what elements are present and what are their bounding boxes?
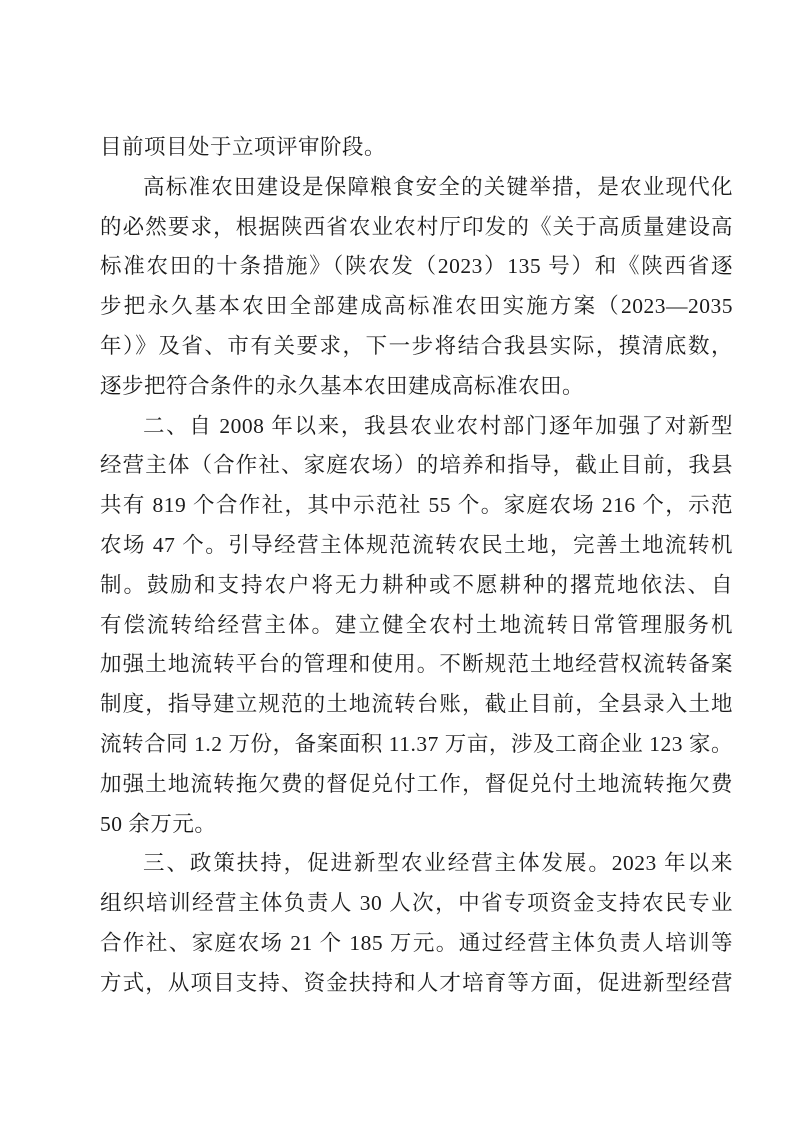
text-line: 年）》及省、市有关要求，下一步将结合我县实际，摸清底数， xyxy=(100,327,733,367)
text-line: 二、自 2008 年以来，我县农业农村部门逐年加强了对新型 xyxy=(100,407,733,447)
text-line: 农场 47 个。引导经营主体规范流转农民土地，完善土地流转机 xyxy=(100,526,733,566)
text-line: 方式，从项目支持、资金扶持和人才培育等方面，促进新型经营 xyxy=(100,964,733,1004)
text-line: 三、政策扶持，促进新型农业经营主体发展。2023 年以来 xyxy=(100,844,733,884)
document-page: 目前项目处于立项评审阶段。 高标准农田建设是保障粮食安全的关键举措，是农业现代化… xyxy=(0,0,793,1122)
document-text-block: 目前项目处于立项评审阶段。 高标准农田建设是保障粮食安全的关键举措，是农业现代化… xyxy=(100,128,733,1004)
text-line: 标准农田的十条措施》（陕农发（2023）135 号）和《陕西省逐 xyxy=(100,247,733,287)
text-line: 的必然要求，根据陕西省农业农村厅印发的《关于高质量建设高 xyxy=(100,208,733,248)
text-line: 制。鼓励和支持农户将无力耕种或不愿耕种的撂荒地依法、自愿、 xyxy=(100,566,733,606)
text-line: 步把永久基本农田全部建成高标准农田实施方案（2023—2035 xyxy=(100,287,733,327)
text-line: 加强土地流转平台的管理和使用。不断规范土地经营权流转备案 xyxy=(100,645,733,685)
text-line: 组织培训经营主体负责人 30 人次，中省专项资金支持农民专业 xyxy=(100,884,733,924)
paragraph: 高标准农田建设是保障粮食安全的关键举措，是农业现代化 的必然要求，根据陕西省农业… xyxy=(100,168,733,407)
text-line: 高标准农田建设是保障粮食安全的关键举措，是农业现代化 xyxy=(100,168,733,208)
text-line: 50 余万元。 xyxy=(100,805,733,845)
text-line: 共有 819 个合作社，其中示范社 55 个。家庭农场 216 个，示范 xyxy=(100,486,733,526)
paragraph: 目前项目处于立项评审阶段。 xyxy=(100,128,733,168)
text-line: 合作社、家庭农场 21 个 185 万元。通过经营主体负责人培训等 xyxy=(100,924,733,964)
text-line: 制度，指导建立规范的土地流转台账，截止目前，全县录入土地 xyxy=(100,685,733,725)
text-line: 目前项目处于立项评审阶段。 xyxy=(100,128,733,168)
text-line: 加强土地流转拖欠费的督促兑付工作，督促兑付土地流转拖欠费 xyxy=(100,765,733,805)
text-line: 流转合同 1.2 万份，备案面积 11.37 万亩，涉及工商企业 123 家。 xyxy=(100,725,733,765)
text-line: 逐步把符合条件的永久基本农田建成高标准农田。 xyxy=(100,367,733,407)
paragraph: 二、自 2008 年以来，我县农业农村部门逐年加强了对新型 经营主体（合作社、家… xyxy=(100,407,733,845)
text-line: 有偿流转给经营主体。建立健全农村土地流转日常管理服务机制， xyxy=(100,606,733,646)
paragraph: 三、政策扶持，促进新型农业经营主体发展。2023 年以来 组织培训经营主体负责人… xyxy=(100,844,733,1003)
text-line: 经营主体（合作社、家庭农场）的培养和指导，截止目前，我县 xyxy=(100,446,733,486)
